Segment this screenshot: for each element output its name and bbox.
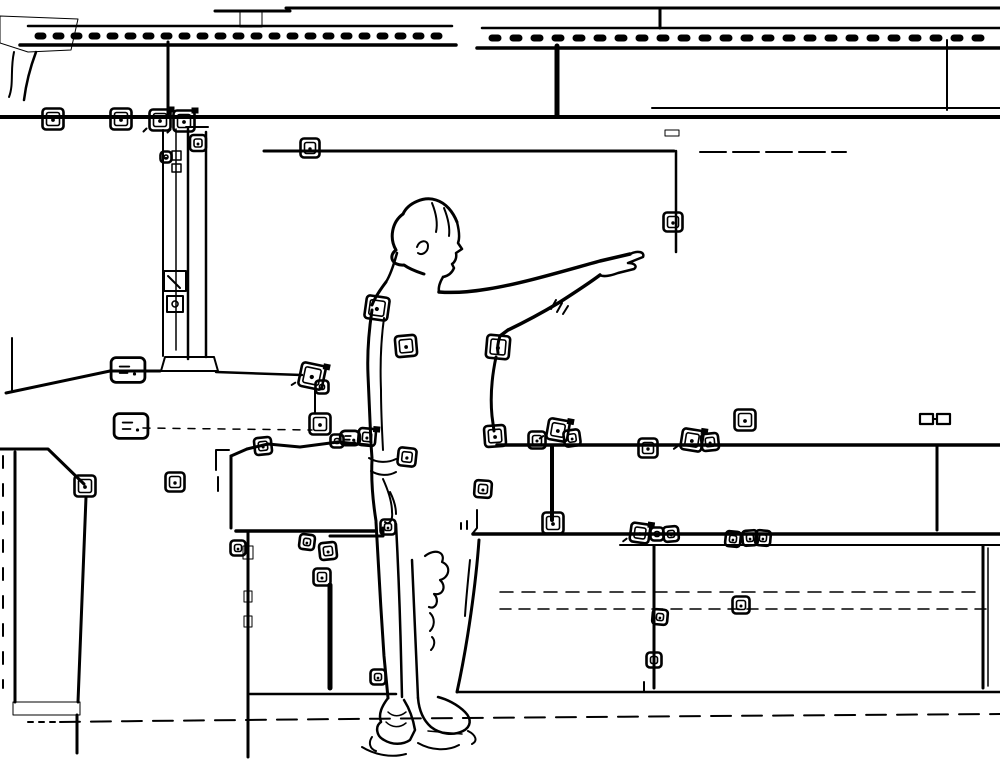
- person-jaw: [439, 277, 443, 292]
- person-torso-right: [491, 357, 496, 431]
- marker-glyph-dot: [551, 522, 555, 526]
- board-bottom-bar: [13, 702, 80, 715]
- marker-glyph-dot: [646, 447, 649, 450]
- marker-glyph-dot: [158, 119, 162, 123]
- fiducial-marker: [664, 213, 683, 232]
- wall-edge-mid: [216, 372, 302, 375]
- pole-foot: [161, 357, 218, 371]
- ceiling-bracket-blob: [240, 10, 262, 27]
- marker-glyph-dot: [377, 677, 380, 680]
- person-hip-left: [372, 460, 376, 521]
- marker-glyph-dot: [556, 429, 560, 433]
- marker-glyph-dot: [51, 118, 55, 122]
- board-top-edge: [0, 449, 84, 484]
- marker-glyph-dot: [375, 307, 380, 312]
- marker-glyph: [123, 423, 133, 429]
- marker-glyph: [345, 436, 351, 440]
- ceiling-cable-1: [24, 52, 36, 100]
- person-hair-strand-1: [432, 203, 437, 232]
- marker-glyph-dot: [336, 441, 338, 443]
- bench-leg-center-foot: [644, 682, 659, 692]
- marker-glyph-dot: [405, 456, 409, 460]
- fiducial-marker: [395, 335, 418, 358]
- marker-smudge: [192, 108, 199, 114]
- person-hair-top: [403, 199, 457, 222]
- pole-box-diagonal: [168, 276, 180, 288]
- glasses-left-lens: [920, 414, 933, 424]
- fiducial-marker: [639, 439, 658, 458]
- marker-glyph-dot: [321, 387, 323, 389]
- fiducial-marker: [190, 135, 206, 151]
- marker-glyph-dot: [653, 660, 656, 663]
- marker-outline: [114, 414, 148, 439]
- marker-glyph-dot: [352, 439, 355, 442]
- fiducial-marker: [301, 139, 320, 158]
- marker-glyph-dot: [320, 576, 323, 579]
- cable-dash-line: [143, 428, 312, 430]
- marker-glyph-dot: [571, 437, 574, 440]
- marker-glyph-dot: [656, 534, 658, 536]
- side-table-bracket: [216, 450, 229, 470]
- marker-smudge: [323, 363, 331, 370]
- fiducial-marker: [319, 542, 338, 561]
- person-armpit: [498, 336, 500, 353]
- side-table-corner: [231, 449, 247, 456]
- fiducial-marker: [299, 534, 316, 551]
- fiducial-marker: [474, 480, 492, 498]
- person-shoe-right: [418, 697, 470, 734]
- edge-detected-scene: [0, 0, 1000, 761]
- marker-smudge-tick: [623, 538, 626, 541]
- fiducial-marker: [735, 410, 756, 431]
- fiducial-marker: [310, 414, 331, 435]
- fiducial-marker: [397, 447, 417, 467]
- marker-glyph-dot: [658, 617, 661, 620]
- marker-glyph-dot: [83, 485, 87, 489]
- marker-smudge: [567, 418, 575, 425]
- person-knee-wrinkles: [425, 552, 448, 608]
- person-hip-right-corner: [461, 510, 477, 533]
- marker-glyph-dot: [761, 538, 764, 541]
- person-ear: [417, 241, 428, 254]
- marker-glyph-dot: [387, 527, 390, 530]
- person-hair-strand-2: [444, 208, 449, 236]
- marker-smudge-tick: [292, 382, 296, 386]
- person-shoe-left: [377, 698, 415, 744]
- board-right-edge: [78, 497, 86, 702]
- marker-glyph-dot: [731, 539, 734, 542]
- marker-glyph-dot: [165, 157, 167, 159]
- marker-glyph-dot: [309, 374, 314, 379]
- person-face-profile: [443, 222, 462, 277]
- marker-glyph-dot: [326, 550, 329, 553]
- pole-box-2: [167, 296, 183, 312]
- marker-glyph-dot: [173, 481, 176, 484]
- marker-glyph-dot: [237, 548, 240, 551]
- marker-glyph-dot: [690, 439, 694, 443]
- person-arm-left-inner: [381, 318, 384, 450]
- marker-glyph-dot: [749, 538, 752, 541]
- fiducial-marker: [166, 473, 185, 492]
- person-leg-mid-line: [412, 560, 418, 698]
- pole-box-2-dot: [172, 301, 178, 307]
- marker-glyph-dot: [305, 541, 308, 544]
- person-leg-left-inner: [396, 524, 402, 697]
- marker-glyph-dot: [197, 143, 200, 146]
- marker-smudge: [373, 426, 380, 433]
- marker-glyph-dot: [133, 372, 136, 375]
- floor-seam: [60, 714, 1000, 722]
- marker-glyph-dot: [365, 436, 368, 439]
- person-knee-scribble: [430, 613, 434, 650]
- marker-glyph-dot: [493, 435, 497, 439]
- marker-glyph-dot: [739, 604, 742, 607]
- marker-glyph-dot: [671, 221, 674, 224]
- fiducial-marker: [733, 597, 750, 614]
- whiteboard-eraser-blob: [665, 130, 679, 136]
- pole-box: [164, 271, 186, 291]
- scene-canvas: [0, 0, 1000, 761]
- marker-glyph-dot: [535, 439, 538, 442]
- person-leg-right-inner: [465, 560, 470, 616]
- wall-edge-diagonal: [6, 371, 110, 393]
- person-hand-left: [383, 479, 396, 523]
- fiducial-marker: [364, 295, 390, 321]
- person-arm-top: [439, 254, 630, 292]
- fiducial-marker: [114, 414, 148, 439]
- ceiling-cable-2: [9, 52, 14, 97]
- marker-smudge-tick: [144, 129, 147, 132]
- fiducial-marker: [371, 670, 386, 685]
- marker-glyph-dot: [481, 488, 484, 491]
- person-leg-right: [457, 540, 479, 692]
- fiducial-marker: [314, 569, 331, 586]
- marker-glyph-dot: [182, 120, 186, 124]
- glasses-right-lens: [937, 414, 950, 424]
- marker-glyph-dot: [136, 428, 139, 431]
- marker-glyph-dot: [404, 345, 408, 349]
- marker-glyph-dot: [743, 419, 747, 423]
- marker-glyph-dot: [119, 118, 123, 122]
- marker-glyph-dot: [308, 147, 311, 150]
- marker-glyph-dot: [318, 423, 322, 427]
